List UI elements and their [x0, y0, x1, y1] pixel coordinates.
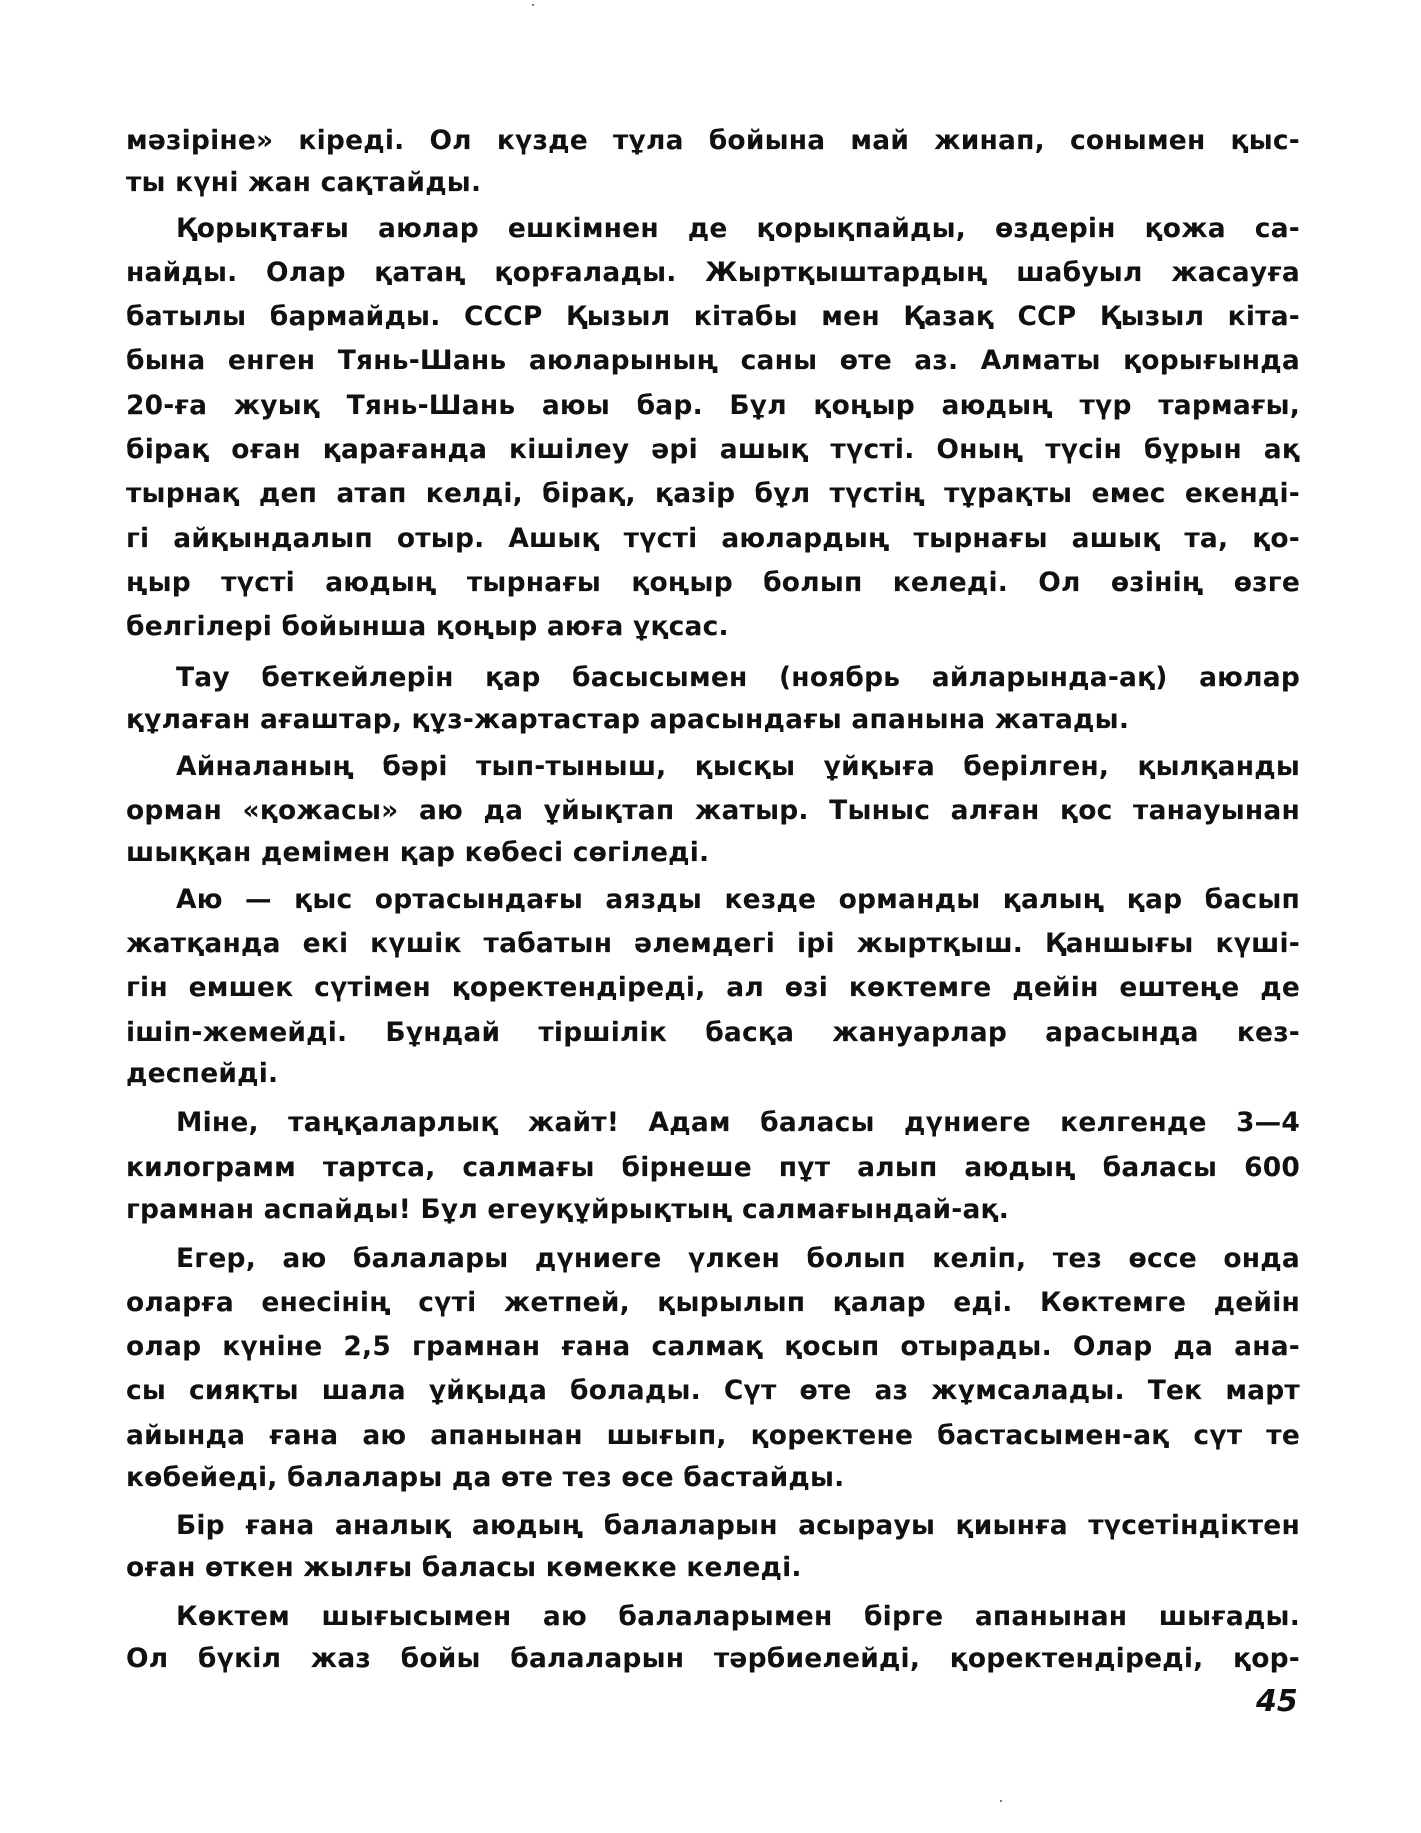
text-line: оларға енесінің сүті жетпей, қырылып қал… — [126, 1286, 1300, 1320]
text-line: Бір ғана аналық аюдың балаларын асырауы … — [176, 1509, 1300, 1543]
text-line: олар күніне 2,5 грамнан ғана салмақ қосы… — [126, 1330, 1300, 1364]
scan-speck — [1000, 1800, 1002, 1802]
text-line: Көктем шығысымен аю балаларымен бірге ап… — [176, 1600, 1300, 1634]
text-line: ңыр түсті аюдың тырнағы қоңыр болып келе… — [126, 566, 1300, 600]
text-line: Тау беткейлерін қар басысымен (ноябрь ай… — [176, 661, 1300, 695]
text-line: гін емшек сүтімен қоректендіреді, ал өзі… — [126, 971, 1300, 1005]
text-line: Егер, аю балалары дүниеге үлкен болып ке… — [176, 1242, 1300, 1276]
text-line: белгілері бойынша қоңыр аюға ұқсас. — [126, 610, 1300, 644]
text-line: Аю — қыс ортасындағы аязды кезде орманды… — [176, 883, 1300, 917]
text-line: құлаған ағаштар, құз-жартастар арасындағ… — [126, 703, 1300, 737]
text-line: оған өткен жылғы баласы көмекке келеді. — [126, 1551, 1300, 1585]
text-line: шыққан демімен қар көбесі сөгіледі. — [126, 836, 1300, 870]
text-line: деспейді. — [126, 1057, 1300, 1091]
page-number: 45 — [1256, 1684, 1298, 1719]
text-line: бына енген Тянь-Шань аюларының саны өте … — [126, 344, 1300, 378]
text-line: килограмм тартса, салмағы бірнеше пұт ал… — [126, 1151, 1300, 1185]
text-line: жатқанда екі күшік табатын әлемдегі ірі … — [126, 927, 1300, 961]
scan-speck — [532, 4, 534, 6]
text-line: найды. Олар қатаң қорғалады. Жыртқыштард… — [126, 256, 1300, 290]
text-line: бірақ оған қарағанда кішілеу әрі ашық тү… — [126, 433, 1300, 467]
text-line: сы сияқты шала ұйқыда болады. Сүт өте аз… — [126, 1374, 1300, 1408]
text-line: Айналаның бәрі тып-тыныш, қысқы ұйқыға б… — [176, 750, 1300, 784]
text-line: айында ғана аю апанынан шығып, қоректене… — [126, 1419, 1300, 1453]
text-line: Міне, таңқаларлық жайт! Адам баласы дүни… — [176, 1106, 1300, 1140]
text-line: мәзіріне» кіреді. Ол күзде тұла бойына м… — [126, 124, 1300, 158]
text-line: көбейеді, балалары да өте тез өсе бастай… — [126, 1461, 1300, 1495]
text-line: Ол бүкіл жаз бойы балаларын тәрбиелейді,… — [126, 1642, 1300, 1676]
text-line: грамнан аспайды! Бұл егеуқұйрықтың салма… — [126, 1193, 1300, 1227]
text-line: гі айқындалып отыр. Ашық түсті аюлардың … — [126, 522, 1300, 556]
text-line: орман «қожасы» аю да ұйықтап жатыр. Тыны… — [126, 794, 1300, 828]
book-page: мәзіріне» кіреді. Ол күзде тұла бойына м… — [0, 0, 1421, 1833]
text-line: 20-ға жуық Тянь-Шань аюы бар. Бұл қоңыр … — [126, 389, 1300, 423]
text-line: ты күні жан сақтайды. — [126, 166, 1300, 200]
text-line: Қорықтағы аюлар ешкімнен де қорықпайды, … — [176, 212, 1300, 246]
text-line: тырнақ деп атап келді, бірақ, қазір бұл … — [126, 477, 1300, 511]
text-line: батылы бармайды. СССР Қызыл кітабы мен Қ… — [126, 300, 1300, 334]
text-line: ішіп-жемейді. Бұндай тіршілік басқа жану… — [126, 1016, 1300, 1050]
